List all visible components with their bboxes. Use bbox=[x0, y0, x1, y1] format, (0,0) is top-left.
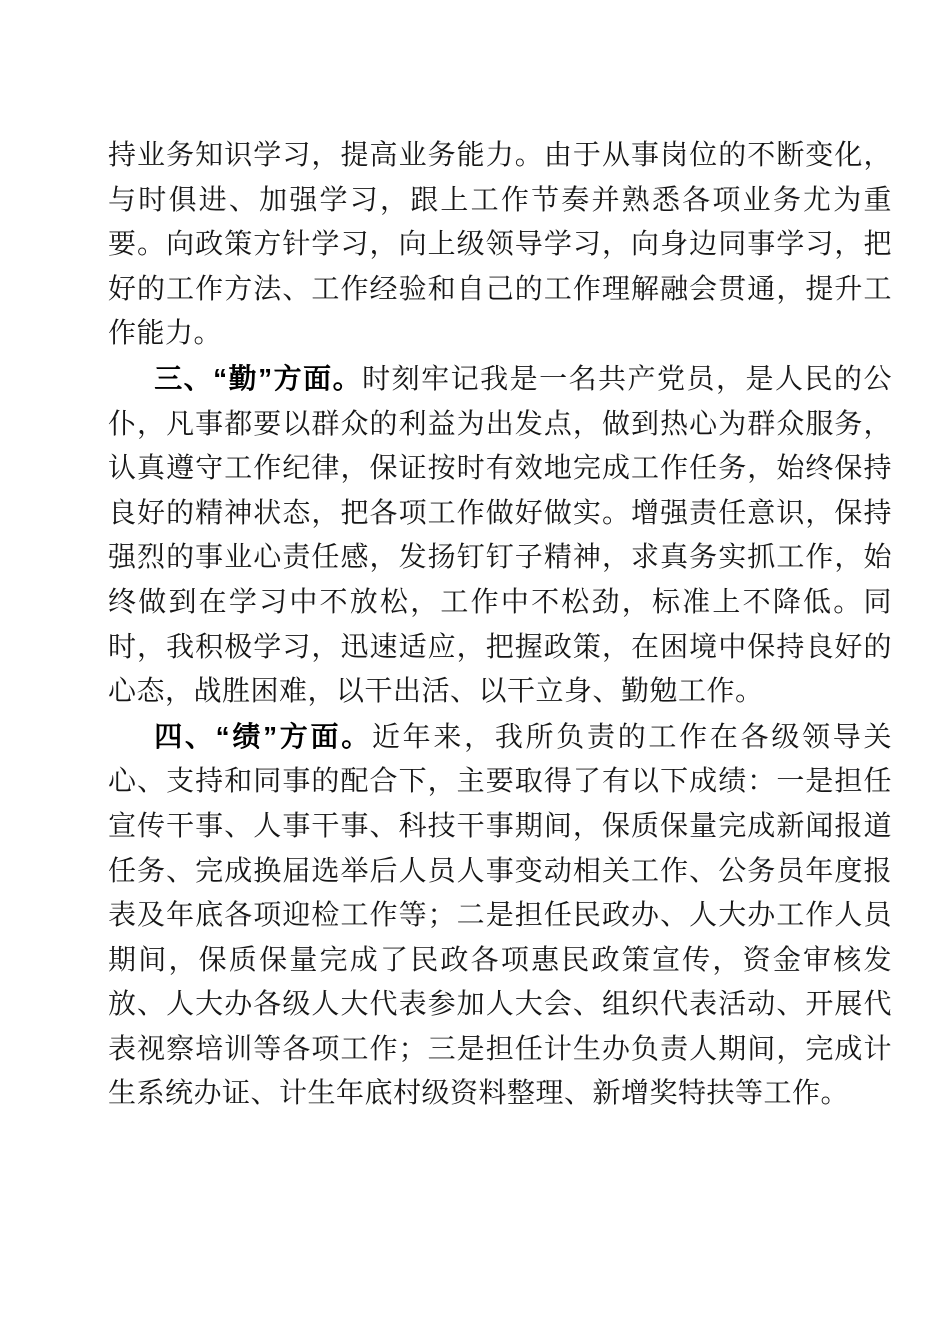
paragraph-text: 近年来，我所负责的工作在各级领导关心、支持和同事的配合下，主要取得了有以下成绩：… bbox=[108, 722, 892, 1110]
paragraph-section-ji: 四、“绩”方面。近年来，我所负责的工作在各级领导关心、支持和同事的配合下，主要取… bbox=[108, 715, 892, 1117]
paragraph-continuation: 持业务知识学习，提高业务能力。由于从事岗位的不断变化，与时俱进、加强学习，跟上工… bbox=[108, 134, 892, 357]
paragraph-text: 时刻牢记我是一名共产党员，是人民的公仆，凡事都要以群众的利益为出发点，做到热心为… bbox=[108, 364, 892, 707]
paragraph-text: 持业务知识学习，提高业务能力。由于从事岗位的不断变化，与时俱进、加强学习，跟上工… bbox=[108, 140, 892, 349]
section-heading-ji: 四、“绩”方面。 bbox=[154, 721, 372, 752]
section-heading-qin: 三、“勤”方面。 bbox=[154, 363, 362, 394]
paragraph-section-qin: 三、“勤”方面。时刻牢记我是一名共产党员，是人民的公仆，凡事都要以群众的利益为出… bbox=[108, 357, 892, 715]
document-page: 持业务知识学习，提高业务能力。由于从事岗位的不断变化，与时俱进、加强学习，跟上工… bbox=[0, 0, 950, 1344]
